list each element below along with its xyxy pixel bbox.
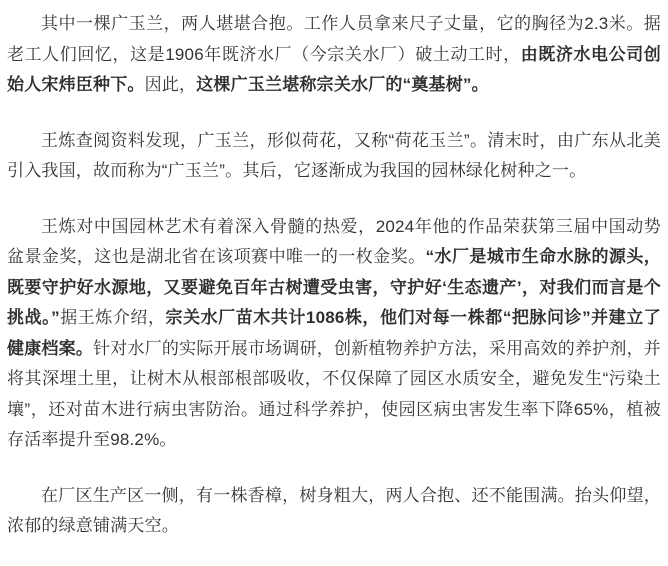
paragraph: 王炼查阅资料发现，广玉兰，形似荷花，又称“荷花玉兰”。清末时，由广东从北美引入我… bbox=[7, 126, 661, 187]
text-segment: 据王炼介绍， bbox=[60, 308, 166, 327]
bold-text-segment: 这棵广玉兰堪称宗关水厂的“奠基树”。 bbox=[196, 75, 489, 94]
text-segment: 在厂区生产区一侧，有一株香樟，树身粗大，两人合抱、还不能围满。抬头仰望，浓郁的绿… bbox=[7, 486, 661, 536]
paragraph: 王炼对中国园林艺术有着深入骨髓的热爱，2024年他的作品荣获第三届中国动势盆景金… bbox=[7, 212, 661, 456]
text-segment: 王炼查阅资料发现，广玉兰，形似荷花，又称“荷花玉兰”。清末时，由广东从北美引入我… bbox=[7, 131, 661, 181]
paragraph: 在厂区生产区一侧，有一株香樟，树身粗大，两人合抱、还不能围满。抬头仰望，浓郁的绿… bbox=[7, 481, 661, 542]
text-segment: 因此， bbox=[145, 75, 197, 94]
paragraph: 其中一棵广玉兰，两人堪堪合抱。工作人员拿来尺子丈量，它的胸径为2.3米。据老工人… bbox=[7, 9, 661, 101]
article-body: 其中一棵广玉兰，两人堪堪合抱。工作人员拿来尺子丈量，它的胸径为2.3米。据老工人… bbox=[0, 0, 668, 542]
text-segment: 针对水厂的实际开展市场调研，创新植物养护方法，采用高效的养护剂，并将其深埋土里，… bbox=[7, 339, 661, 450]
